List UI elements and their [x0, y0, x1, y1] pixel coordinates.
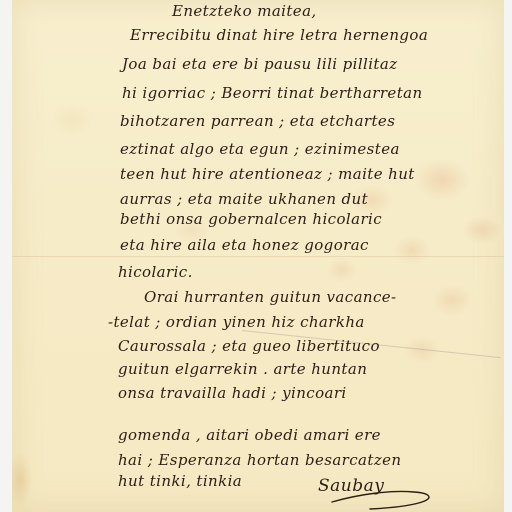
signature-flourish-icon — [330, 488, 440, 510]
letter-line-7: aurras ; eta maite ukhanen dut — [120, 190, 368, 208]
letter-line-18: hut tinki, tinkia — [118, 472, 242, 490]
letter-line-5: eztinat algo eta egun ; ezinimestea — [120, 140, 400, 158]
paper-fold-line — [12, 256, 504, 258]
letter-line-1: Errecibitu dinat hire letra hernengoa — [130, 26, 428, 44]
letter-line-10: hicolaric. — [118, 263, 193, 281]
letter-line-9: eta hire aila eta honez gogorac — [120, 236, 369, 254]
letter-line-17: hai ; Esperanza hortan besarcatzen — [118, 451, 401, 469]
letter-line-14: guitun elgarrekin . arte huntan — [118, 360, 367, 378]
letter-line-6: teen hut hire atentioneaz ; maite hut — [120, 165, 415, 183]
letter-line-11: Orai hurranten guitun vacance- — [144, 288, 397, 306]
letter-line-2: Joa bai eta ere bi pausu lili pillitaz — [122, 55, 398, 73]
letter-line-4: bihotzaren parrean ; eta etchartes — [120, 112, 395, 130]
letter-line-15: onsa travailla hadi ; yincoari — [118, 384, 347, 402]
letter-line-16: gomenda , aitari obedi amari ere — [118, 426, 381, 444]
letter-line-3: hi igorriac ; Beorri tinat bertharretan — [122, 84, 423, 102]
letter-line-8: bethi onsa gobernalcen hicolaric — [120, 210, 382, 228]
salutation: Enetzteko maitea, — [172, 2, 317, 20]
letter-line-13: Caurossala ; eta gueo libertituco — [118, 337, 380, 355]
letter-line-12: -telat ; ordian yinen hiz charkha — [108, 313, 365, 331]
letter-page: Enetzteko maitea, Errecibitu dinat hire … — [12, 0, 504, 512]
